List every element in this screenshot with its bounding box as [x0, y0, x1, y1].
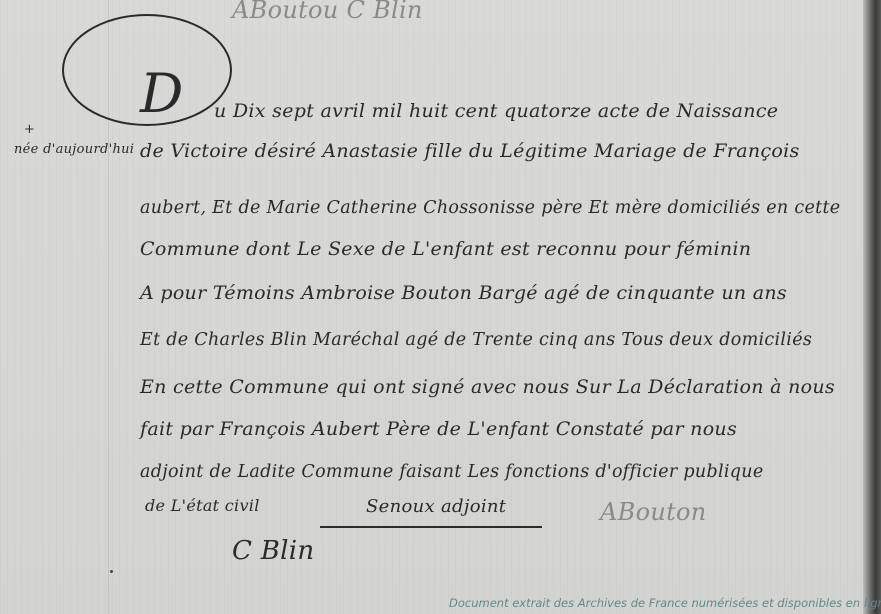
- record-line-7: En cette Commune qui ont signé avec nous…: [140, 376, 835, 398]
- signature-witness-2: C Blin: [232, 536, 314, 566]
- record-line-1: u Dix sept avril mil huit cent quatorze …: [214, 100, 778, 122]
- record-line-10: de L'état civil: [145, 496, 260, 515]
- record-line-9: adjoint de Ladite Commune faisant Les fo…: [140, 462, 764, 482]
- signature-witness-1: ABouton: [600, 498, 707, 526]
- margin-note: née d'aujourd'hui: [14, 142, 134, 157]
- archive-watermark: Document extrait des Archives de France …: [449, 596, 881, 610]
- record-line-6: Et de Charles Blin Maréchal agé de Trent…: [140, 330, 812, 350]
- book-binding-edge: [863, 0, 881, 614]
- record-line-4: Commune dont Le Sexe de L'enfant est rec…: [140, 238, 751, 260]
- signature-flourish: [320, 526, 542, 528]
- record-line-2: de Victoire désiré Anastasie fille du Lé…: [140, 140, 800, 162]
- signature-deputy: Senoux adjoint: [366, 496, 506, 517]
- scanned-page: ABoutou C Blin D + née d'aujourd'hui u D…: [0, 0, 881, 614]
- margin-mark: +: [24, 122, 35, 137]
- ink-dot: [110, 570, 113, 573]
- record-line-5: A pour Témoins Ambroise Bouton Bargé agé…: [140, 282, 787, 304]
- drop-cap-letter: D: [140, 62, 183, 125]
- header-signature: ABoutou C Blin: [232, 0, 423, 24]
- record-line-8: fait par François Aubert Père de L'enfan…: [140, 418, 737, 440]
- record-line-3: aubert, Et de Marie Catherine Chossoniss…: [140, 198, 840, 218]
